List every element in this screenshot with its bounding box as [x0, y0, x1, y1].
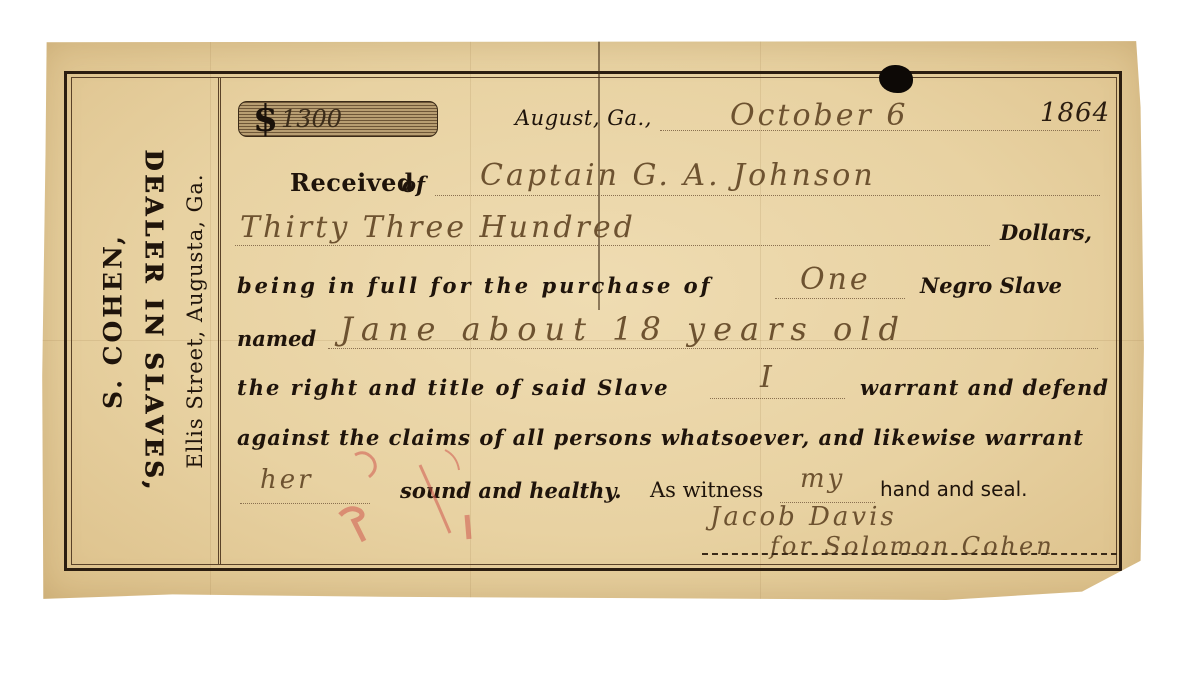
- signature-line1: Jacob Davis: [710, 502, 897, 532]
- pronoun-fill-line: [710, 398, 845, 399]
- named-label: named: [237, 326, 316, 351]
- hand-seal-text: hand and seal.: [880, 477, 1028, 501]
- gender-filled: her: [260, 465, 314, 495]
- amount-box: $ 1300: [238, 101, 438, 137]
- dealer-title: DEALER IN SLAVES,: [140, 149, 169, 493]
- amount-value: 1300: [281, 105, 342, 133]
- slave-count: One: [800, 262, 871, 297]
- ink-blot: [879, 65, 913, 93]
- description-fill-line: [328, 348, 1098, 349]
- negro-slave-label: Negro Slave: [920, 273, 1062, 298]
- slave-description: Jane about 18 years old: [340, 310, 907, 348]
- dollar-sign: $: [253, 98, 278, 140]
- received-label: Received: [290, 168, 414, 197]
- purchase-text: being in full for the purchase of: [237, 273, 713, 298]
- dealer-name: S. COHEN,: [99, 233, 128, 409]
- witness-label: As witness: [650, 478, 763, 502]
- date-month-day: October 6: [730, 98, 908, 133]
- dealer-address: Ellis Street, Augusta, Ga.: [183, 173, 207, 468]
- of-label: of: [402, 172, 425, 197]
- signature-line: [702, 553, 1117, 555]
- side-divider: [218, 77, 219, 565]
- pronoun-filled: I: [760, 360, 775, 395]
- dollars-label: Dollars,: [1000, 220, 1092, 245]
- payer-fill-line: [435, 195, 1100, 196]
- count-fill-line: [775, 298, 905, 299]
- dealer-side-panel: S. COHEN, DEALER IN SLAVES, Ellis Street…: [71, 77, 221, 565]
- payer-name: Captain G. A. Johnson: [480, 158, 876, 193]
- signature-line2: for Solomon Cohen: [770, 532, 1055, 560]
- amount-in-words: Thirty Three Hundred: [240, 210, 636, 245]
- receipt-paper: S. COHEN, DEALER IN SLAVES, Ellis Street…: [40, 40, 1145, 600]
- right-title-text: the right and title of said Slave: [237, 375, 670, 400]
- warrant-defend-text: warrant and defend: [860, 375, 1109, 400]
- witness-filled: my: [800, 464, 845, 494]
- place-label: August, Ga.,: [515, 106, 652, 130]
- amount-words-fill-line: [235, 245, 990, 246]
- date-year: 1864: [1040, 98, 1110, 128]
- red-stamp-mark: [325, 445, 515, 555]
